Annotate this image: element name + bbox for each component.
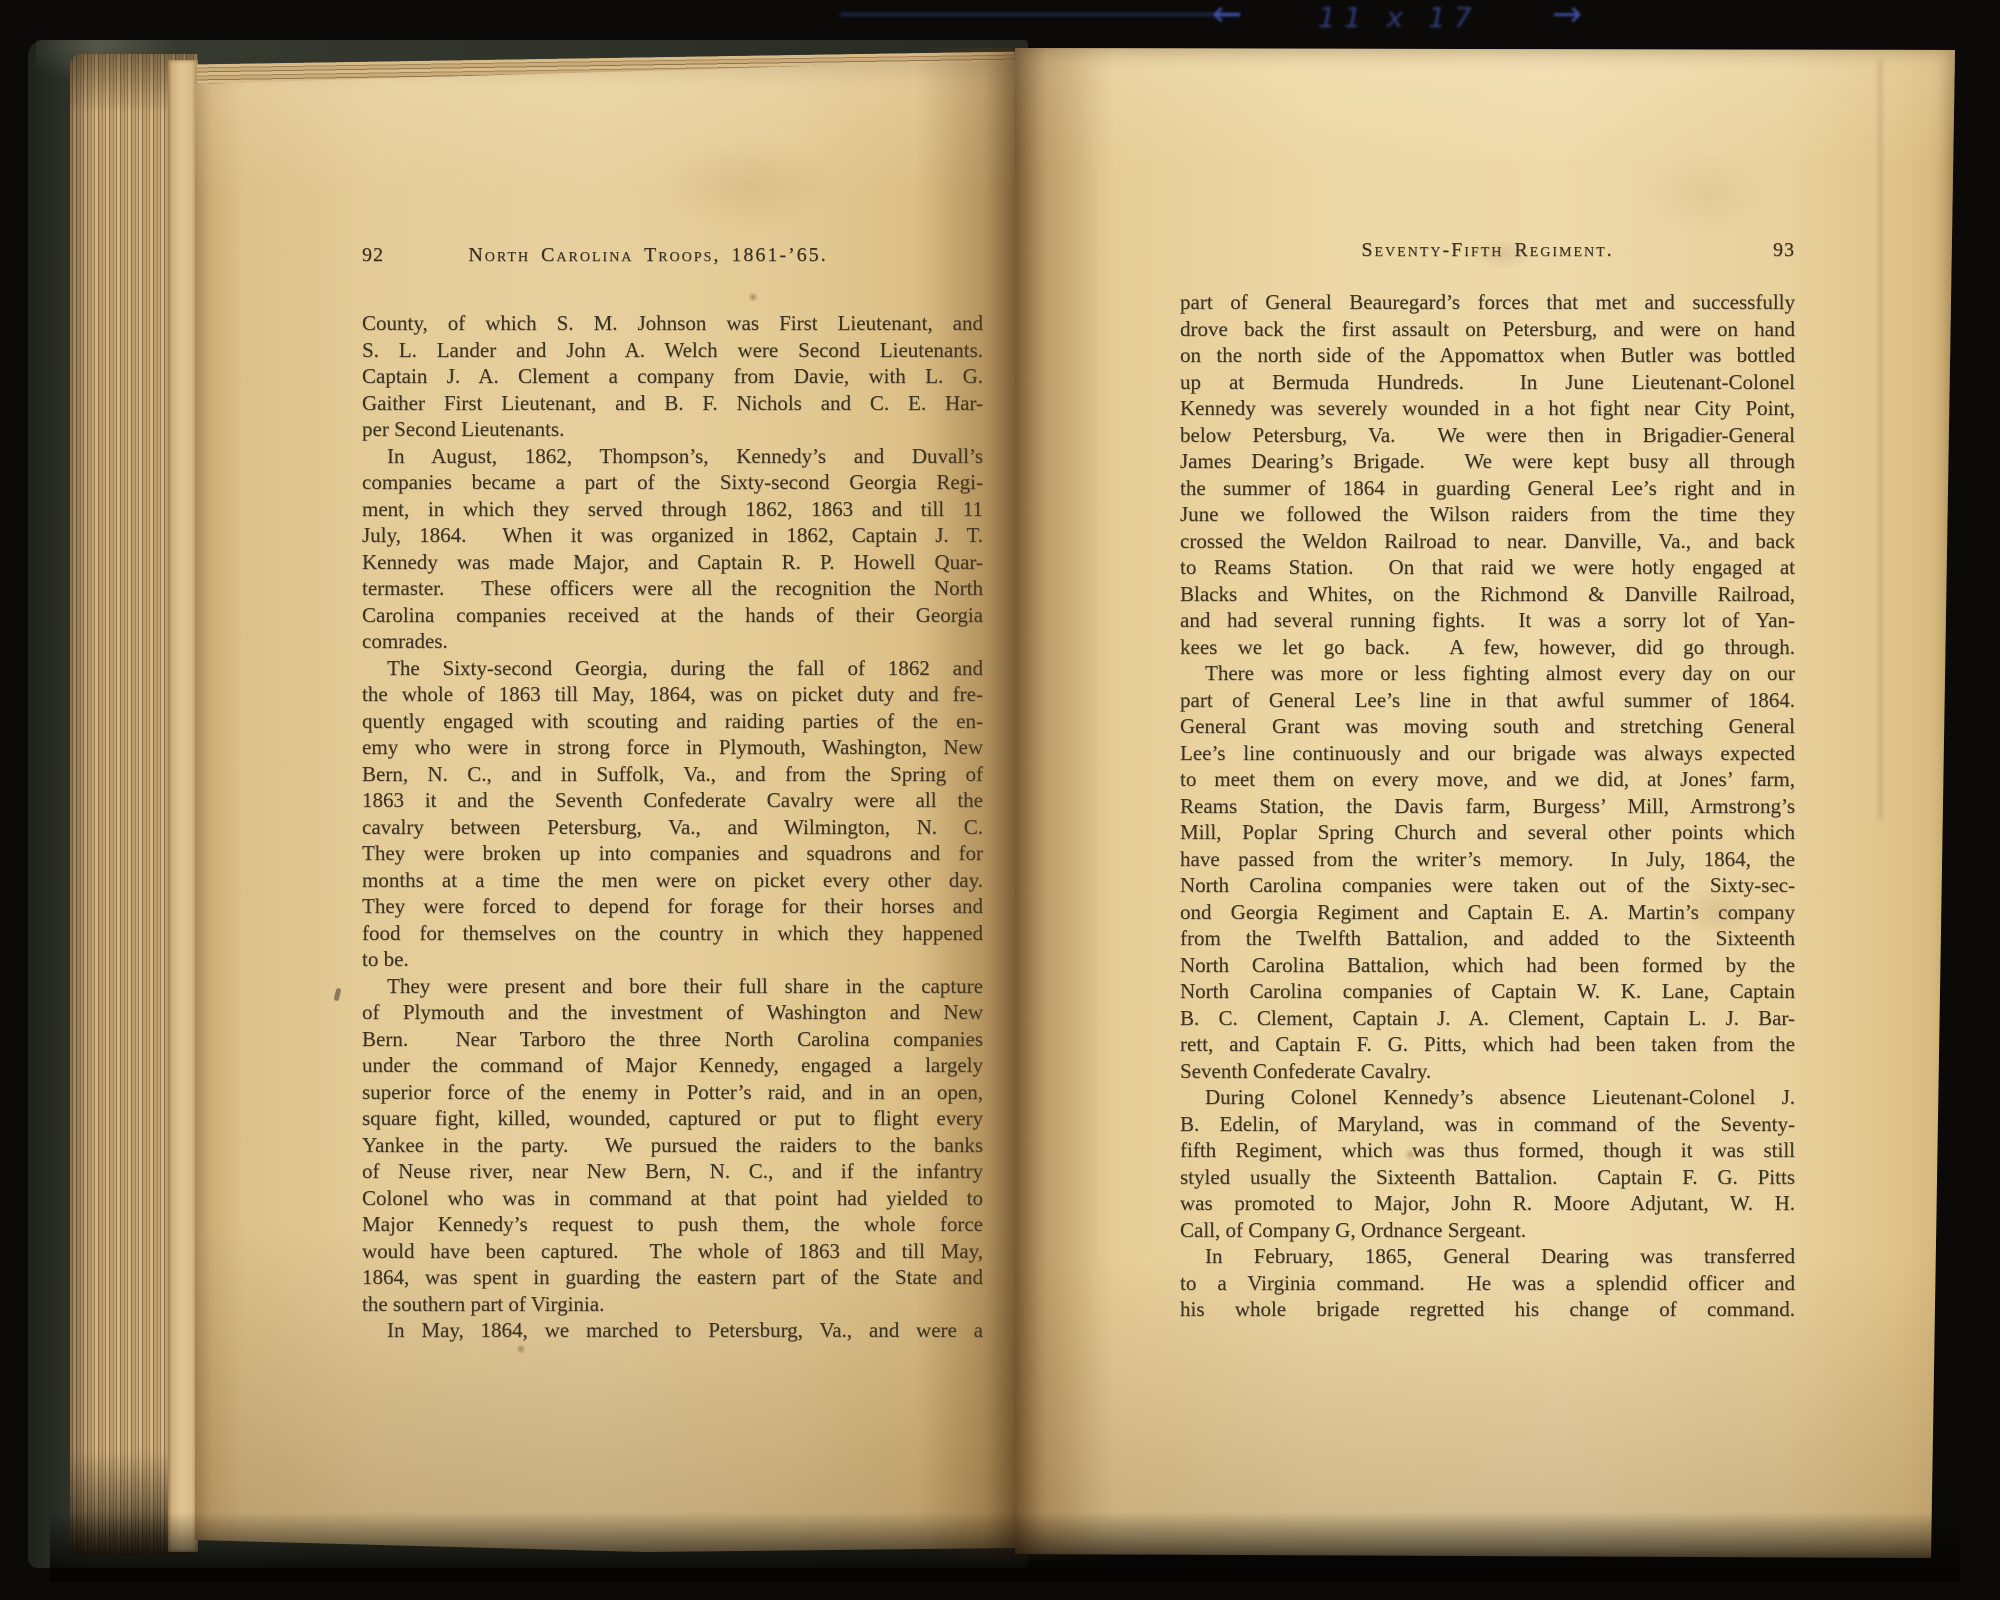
text-line: In February, 1865, General Dearing was t… <box>1180 1243 1795 1270</box>
text-line: the whole of 1863 till May, 1864, was on… <box>362 681 983 708</box>
text-line: fifth Regiment, which was thus formed, t… <box>1180 1137 1795 1164</box>
scanner-annotation: ← 11 x 17 → <box>840 0 1630 44</box>
right-page-text: part of General Beauregard’s forces that… <box>1180 289 1795 1323</box>
text-line: They were broken up into companies and s… <box>362 840 983 867</box>
text-line: Call, of Company G, Ordnance Sergeant. <box>1180 1217 1795 1244</box>
text-line: was promoted to Major, John R. Moore Adj… <box>1180 1190 1795 1217</box>
text-line: Colonel who was in command at that point… <box>362 1185 983 1212</box>
page-edges-band <box>168 60 198 1552</box>
text-line: County, of which S. M. Johnson was First… <box>362 310 983 337</box>
text-line: Bern, N. C., and in Suffolk, Va., and fr… <box>362 761 983 788</box>
text-line: Major Kennedy’s request to push them, th… <box>362 1211 983 1238</box>
text-line: under the command of Major Kennedy, enga… <box>362 1052 983 1079</box>
text-line: S. L. Lander and John A. Welch were Seco… <box>362 337 983 364</box>
text-line: Kennedy was severely wounded in a hot fi… <box>1180 395 1795 422</box>
text-line: Carolina companies received at the hands… <box>362 602 983 629</box>
text-line: June we followed the Wilson raiders from… <box>1180 501 1795 528</box>
annotation-arrow-shaft <box>840 13 1240 16</box>
text-line: Captain J. A. Clement a company from Dav… <box>362 363 983 390</box>
left-page: 92 North Carolina Troops, 1861-’65. Coun… <box>195 58 1015 1552</box>
text-line: the summer of 1864 in guarding General L… <box>1180 475 1795 502</box>
text-line: Seventh Confederate Cavalry. <box>1180 1058 1795 1085</box>
text-line: kees we let go back. A few, however, did… <box>1180 634 1795 661</box>
text-line: General Grant was moving south and stret… <box>1180 713 1795 740</box>
text-line: of Plymouth and the investment of Washin… <box>362 999 983 1026</box>
text-line: styled usually the Sixteenth Battalion. … <box>1180 1164 1795 1191</box>
text-line: 1864, was spent in guarding the eastern … <box>362 1264 983 1291</box>
right-running-head: Seventy-Fifth Regiment. <box>1361 239 1613 261</box>
text-line: North Carolina companies were taken out … <box>1180 872 1795 899</box>
text-line: have passed from the writer’s memory. In… <box>1180 846 1795 873</box>
left-page-number: 92 <box>362 243 384 267</box>
text-line: on the north side of the Appomattox when… <box>1180 342 1795 369</box>
left-page-text: County, of which S. M. Johnson was First… <box>362 310 983 1344</box>
text-line: Lee’s line continuously and our brigade … <box>1180 740 1795 767</box>
text-line: In May, 1864, we marched to Petersburg, … <box>362 1317 983 1344</box>
text-line: 1863 it and the Seventh Confederate Cava… <box>362 787 983 814</box>
book-bottom-shadow <box>50 1512 1960 1582</box>
text-line: the southern part of Virginia. <box>362 1291 983 1318</box>
text-line: comrades. <box>362 628 983 655</box>
text-line: food for themselves on the country in wh… <box>362 920 983 947</box>
text-line: companies became a part of the Sixty-sec… <box>362 469 983 496</box>
book-scan-photo: ← 11 x 17 → 92 North Carolina Troops, 18… <box>0 0 2000 1600</box>
text-line: superior force of the enemy in Potter’s … <box>362 1079 983 1106</box>
text-line: cavalry between Petersburg, Va., and Wil… <box>362 814 983 841</box>
text-line: to Reams Station. On that raid we were h… <box>1180 554 1795 581</box>
scan-size-label: 11 x 17 <box>1318 1 1480 34</box>
text-line: crossed the Weldon Railroad to near. Dan… <box>1180 528 1795 555</box>
text-line: North Carolina Battalion, which had been… <box>1180 952 1795 979</box>
text-line: They were forced to depend for forage fo… <box>362 893 983 920</box>
text-line: would have been captured. The whole of 1… <box>362 1238 983 1265</box>
text-line: his whole brigade regretted his change o… <box>1180 1296 1795 1323</box>
text-line: Bern. Near Tarboro the three North Carol… <box>362 1026 983 1053</box>
text-line: Mill, Poplar Spring Church and several o… <box>1180 819 1795 846</box>
text-line: emy who were in strong force in Plymouth… <box>362 734 983 761</box>
text-line: James Dearing’s Brigade. We were kept bu… <box>1180 448 1795 475</box>
left-page-header: 92 North Carolina Troops, 1861-’65. <box>337 243 959 267</box>
right-page-number: 93 <box>1773 238 1795 262</box>
text-line: per Second Lieutenants. <box>362 416 983 443</box>
text-line: Reams Station, the Davis farm, Burgess’ … <box>1180 793 1795 820</box>
text-line: below Petersburg, Va. We were then in Br… <box>1180 422 1795 449</box>
text-line: of Neuse river, near New Bern, N. C., an… <box>362 1158 983 1185</box>
text-line: ment, in which they served through 1862,… <box>362 496 983 523</box>
text-line: The Sixty-second Georgia, during the fal… <box>362 655 983 682</box>
text-line: Kennedy was made Major, and Captain R. P… <box>362 549 983 576</box>
text-line: from the Twelfth Battalion, and added to… <box>1180 925 1795 952</box>
text-line: and had several running fights. It was a… <box>1180 607 1795 634</box>
gutter-shadow <box>915 48 1115 1560</box>
text-line: part of General Beauregard’s forces that… <box>1180 289 1795 316</box>
page-fold-line <box>1874 60 1882 820</box>
right-page-header: Seventy-Fifth Regiment. 93 <box>1180 238 1795 262</box>
text-line: July, 1864. When it was organized in 186… <box>362 522 983 549</box>
text-line: B. C. Clement, Captain J. A. Clement, Ca… <box>1180 1005 1795 1032</box>
text-line: part of General Lee’s line in that awful… <box>1180 687 1795 714</box>
text-line: square fight, killed, wounded, captured … <box>362 1105 983 1132</box>
right-arrow-icon: → <box>1552 0 1582 35</box>
text-line: ond Georgia Regiment and Captain E. A. M… <box>1180 899 1795 926</box>
text-line: months at a time the men were on picket … <box>362 867 983 894</box>
text-line: There was more or less fighting almost e… <box>1180 660 1795 687</box>
text-line: to meet them on every move, and we did, … <box>1180 766 1795 793</box>
text-line: rett, and Captain F. G. Pitts, which had… <box>1180 1031 1795 1058</box>
text-line: to a Virginia command. He was a splendid… <box>1180 1270 1795 1297</box>
text-line: Blacks and Whites, on the Richmond & Dan… <box>1180 581 1795 608</box>
text-line: quently engaged with scouting and raidin… <box>362 708 983 735</box>
right-page: Seventy-Fifth Regiment. 93 part of Gener… <box>1015 48 1955 1558</box>
left-arrow-icon: ← <box>1212 0 1242 35</box>
text-line: North Carolina companies of Captain W. K… <box>1180 978 1795 1005</box>
text-line: During Colonel Kennedy’s absence Lieuten… <box>1180 1084 1795 1111</box>
text-line: termaster. These officers were all the r… <box>362 575 983 602</box>
text-line: drove back the first assault on Petersbu… <box>1180 316 1795 343</box>
text-line: B. Edelin, of Maryland, was in command o… <box>1180 1111 1795 1138</box>
text-line: to be. <box>362 946 983 973</box>
text-line: up at Bermuda Hundreds. In June Lieutena… <box>1180 369 1795 396</box>
text-line: Gaither First Lieutenant, and B. F. Nich… <box>362 390 983 417</box>
text-line: They were present and bore their full sh… <box>362 973 983 1000</box>
text-line: In August, 1862, Thompson’s, Kennedy’s a… <box>362 443 983 470</box>
text-line: Yankee in the party. We pursued the raid… <box>362 1132 983 1159</box>
left-running-head: North Carolina Troops, 1861-’65. <box>468 244 827 266</box>
